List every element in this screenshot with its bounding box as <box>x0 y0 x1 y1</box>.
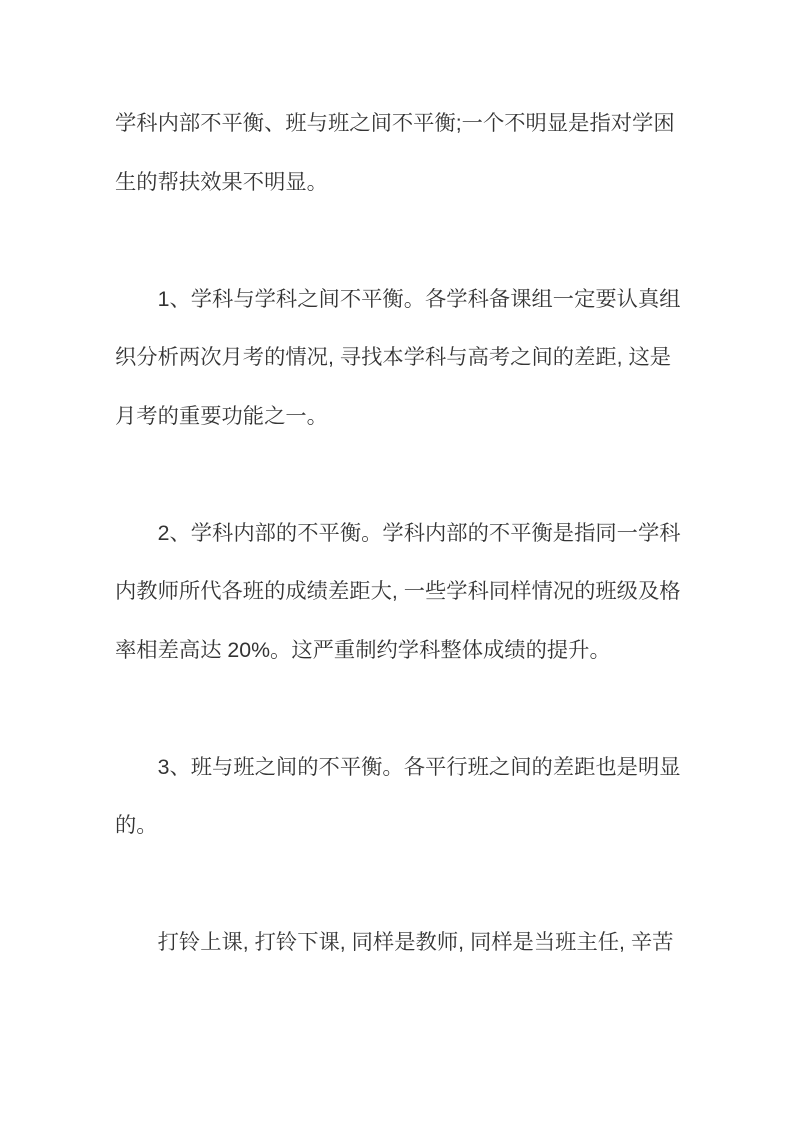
text-line: 生的帮扶效果不明显。 <box>115 153 678 212</box>
paragraph-item-2: 2、学科内部的不平衡。学科内部的不平衡是指同一学科 内教师所代各班的成绩差距大,… <box>115 504 678 680</box>
text-line: 率相差高达 20%。这严重制约学科整体成绩的提升。 <box>115 621 678 680</box>
text-line: 月考的重要功能之一。 <box>115 387 678 446</box>
document-page: 学科内部不平衡、班与班之间不平衡;一个不明显是指对学困 生的帮扶效果不明显。 1… <box>0 0 793 1122</box>
text-line: 织分析两次月考的情况, 寻找本学科与高考之间的差距, 这是 <box>115 328 678 387</box>
text-line: 3、班与班之间的不平衡。各平行班之间的差距也是明显 <box>115 738 678 797</box>
paragraph-item-3: 3、班与班之间的不平衡。各平行班之间的差距也是明显 的。 <box>115 738 678 855</box>
text-line: 2、学科内部的不平衡。学科内部的不平衡是指同一学科 <box>115 504 678 563</box>
paragraph-closing: 打铃上课, 打铃下课, 同样是教师, 同样是当班主任, 辛苦 <box>115 913 678 972</box>
paragraph-continuation: 学科内部不平衡、班与班之间不平衡;一个不明显是指对学困 生的帮扶效果不明显。 <box>115 94 678 211</box>
text-line: 内教师所代各班的成绩差距大, 一些学科同样情况的班级及格 <box>115 562 678 621</box>
text-line: 1、学科与学科之间不平衡。各学科备课组一定要认真组 <box>115 270 678 329</box>
text-line: 的。 <box>115 796 678 855</box>
paragraph-item-1: 1、学科与学科之间不平衡。各学科备课组一定要认真组 织分析两次月考的情况, 寻找… <box>115 270 678 446</box>
document-text-body: 学科内部不平衡、班与班之间不平衡;一个不明显是指对学困 生的帮扶效果不明显。 1… <box>115 94 678 972</box>
text-line: 打铃上课, 打铃下课, 同样是教师, 同样是当班主任, 辛苦 <box>115 913 678 972</box>
text-line: 学科内部不平衡、班与班之间不平衡;一个不明显是指对学困 <box>115 94 678 153</box>
